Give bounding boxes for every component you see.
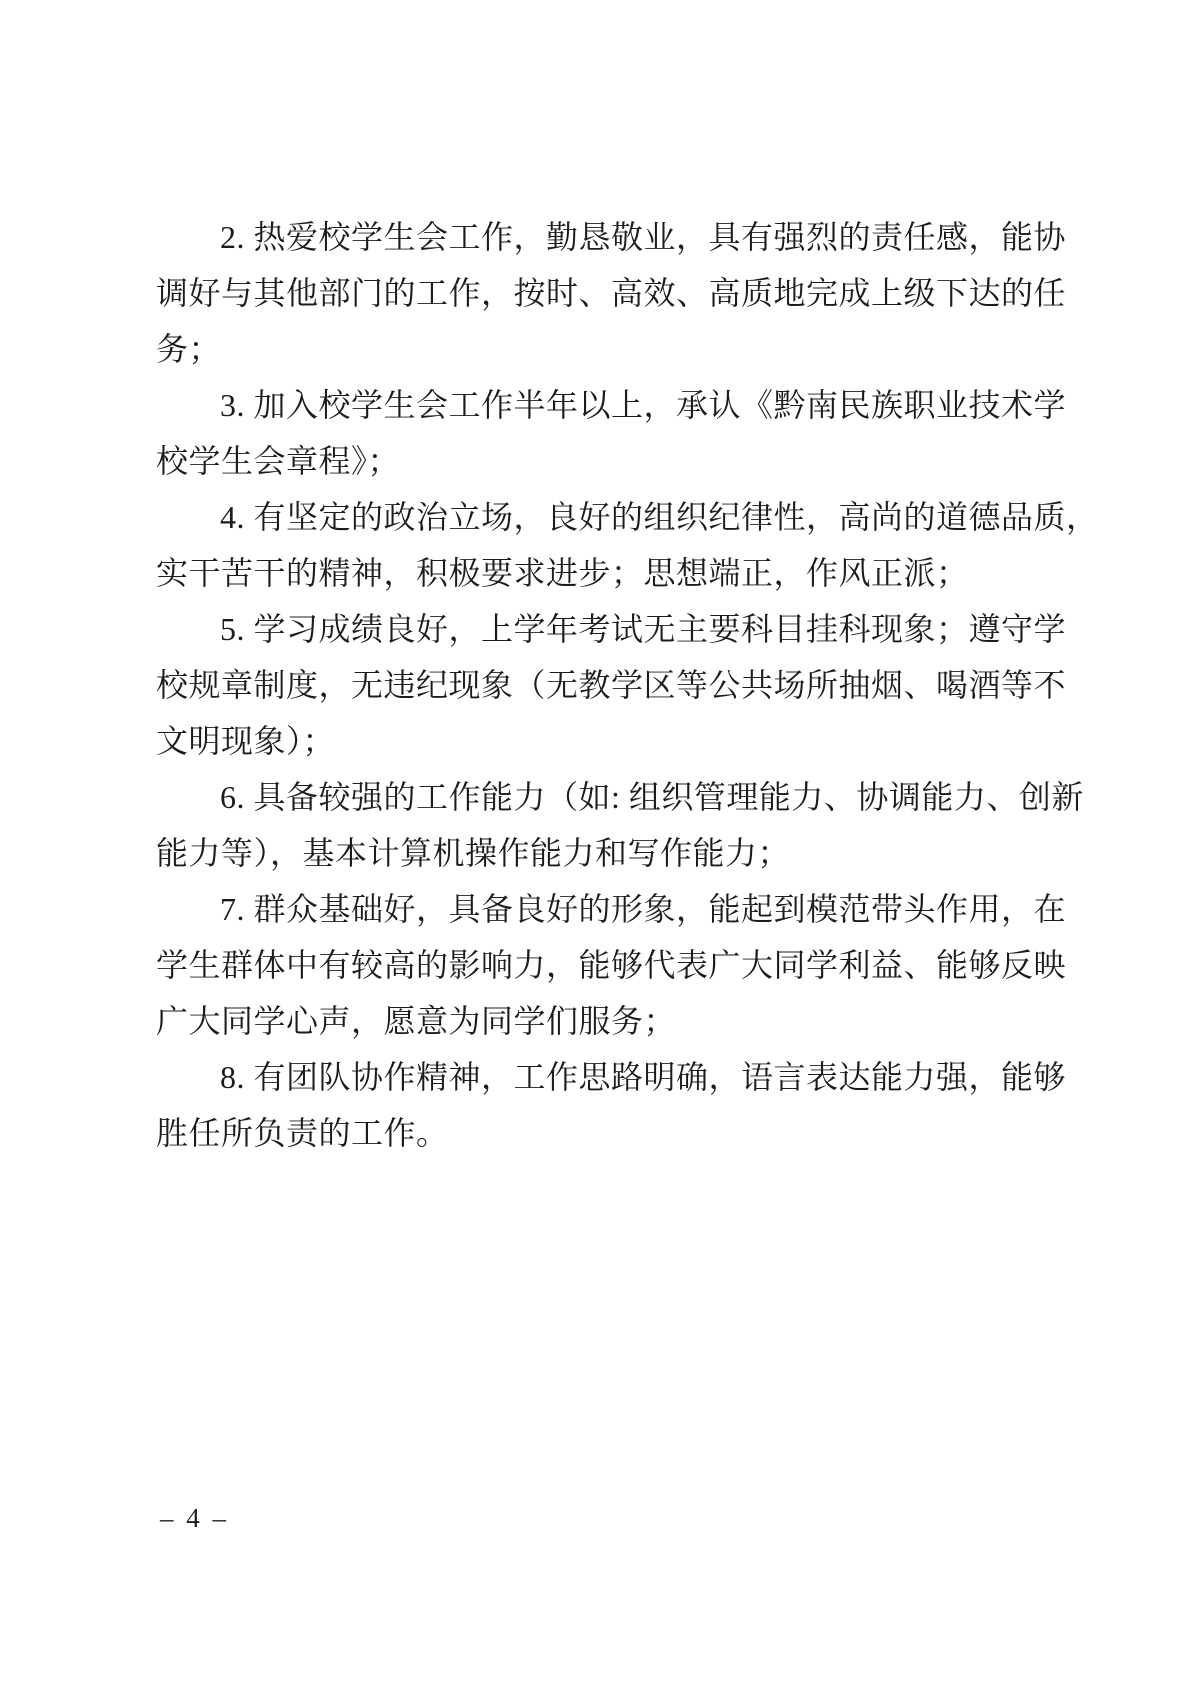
paragraph-5-line-3: 文明现象）； <box>156 713 1030 769</box>
paragraph-6-line-2: 能力等），基本计算机操作能力和写作能力； <box>156 825 1030 881</box>
paragraph-5-line-2: 校规章制度，无违纪现象（无教学区等公共场所抽烟、喝酒等不 <box>156 657 1030 713</box>
paragraph-7-line-1: 7. 群众基础好，具备良好的形象，能起到模范带头作用，在 <box>156 881 1030 937</box>
paragraph-2-line-1: 2. 热爱校学生会工作，勤恳敬业，具有强烈的责任感，能协 <box>156 209 1030 265</box>
paragraph-7-line-2: 学生群体中有较高的影响力，能够代表广大同学利益、能够反映 <box>156 937 1030 993</box>
paragraph-8-line-1: 8. 有团队协作精神，工作思路明确，语言表达能力强，能够 <box>156 1049 1030 1105</box>
paragraph-4-line-1: 4. 有坚定的政治立场，良好的组织纪律性，高尚的道德品质， <box>156 489 1030 545</box>
paragraph-3-line-1: 3. 加入校学生会工作半年以上，承认《黔南民族职业技术学 <box>156 377 1030 433</box>
page-footer: – 4 – <box>160 1502 229 1534</box>
document-body: 2. 热爱校学生会工作，勤恳敬业，具有强烈的责任感，能协 调好与其他部门的工作，… <box>156 209 1030 1161</box>
paragraph-5-line-1: 5. 学习成绩良好，上学年考试无主要科目挂科现象；遵守学 <box>156 601 1030 657</box>
paragraph-2-line-3: 务； <box>156 321 1030 377</box>
paragraph-3-line-2: 校学生会章程》； <box>156 433 1030 489</box>
paragraph-8-line-2: 胜任所负责的工作。 <box>156 1105 1030 1161</box>
paragraph-2-line-2: 调好与其他部门的工作，按时、高效、高质地完成上级下达的任 <box>156 265 1030 321</box>
page-number: – 4 – <box>160 1503 229 1533</box>
paragraph-6-line-1: 6. 具备较强的工作能力（如: 组织管理能力、协调能力、创新 <box>156 769 1030 825</box>
paragraph-7-line-3: 广大同学心声，愿意为同学们服务； <box>156 993 1030 1049</box>
paragraph-4-line-2: 实干苦干的精神，积极要求进步；思想端正，作风正派； <box>156 545 1030 601</box>
document-page: 2. 热爱校学生会工作，勤恳敬业，具有强烈的责任感，能协 调好与其他部门的工作，… <box>0 0 1191 1684</box>
